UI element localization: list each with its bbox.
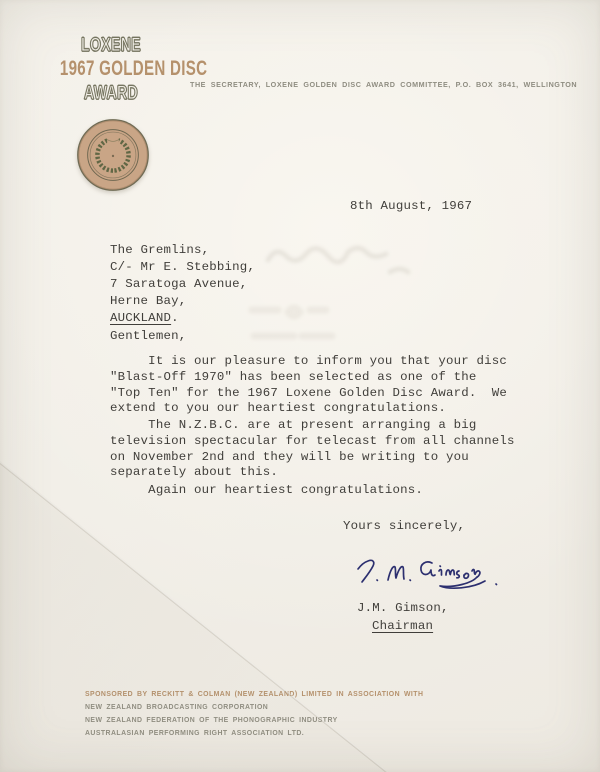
paragraph-line: Again our heartiest congratulations. — [110, 483, 423, 499]
handwritten-signature-icon — [348, 549, 506, 601]
paragraph-line: on November 2nd and they will be writing… — [110, 450, 515, 466]
recipient-address-line: The Gremlins, — [110, 242, 255, 259]
association-line: NEW ZEALAND FEDERATION OF THE PHONOGRAPH… — [85, 715, 423, 728]
paragraph-3: Again our heartiest congratulations. — [110, 483, 423, 499]
loxene-award-logo: LOXENE 1967 GOLDEN DISC AWARD — [40, 33, 182, 105]
recipient-address-line: C/- Mr E. Stebbing, — [110, 259, 255, 276]
recipient-address-block: The Gremlins,C/- Mr E. Stebbing,7 Sarato… — [110, 242, 255, 327]
sponsor-line: SPONSORED BY RECKITT & COLMAN (NEW ZEALA… — [85, 689, 423, 702]
golden-disc-laurel-seal-icon — [74, 116, 152, 194]
association-line: AUSTRALASIAN PERFORMING RIGHT ASSOCIATIO… — [85, 728, 423, 741]
association-line: NEW ZEALAND BROADCASTING CORPORATION — [85, 702, 423, 715]
recipient-address-line: 7 Saratoga Avenue, — [110, 276, 255, 293]
ink-showthrough-artifact — [240, 238, 510, 348]
logo-line-1967-golden-disc: 1967 GOLDEN DISC — [60, 57, 162, 81]
recipient-address-lines: The Gremlins,C/- Mr E. Stebbing,7 Sarato… — [110, 242, 255, 310]
paragraph-line: extend to you our heartiest congratulati… — [110, 401, 507, 417]
closing-phrase: Yours sincerely, — [343, 519, 465, 533]
paragraph-line: television spectacular for telecast from… — [110, 434, 515, 450]
recipient-city: AUCKLAND — [110, 311, 171, 325]
paragraph-2: The N.Z.B.C. are at present arranging a … — [110, 418, 515, 481]
paragraph-line: "Top Ten" for the 1967 Loxene Golden Dis… — [110, 386, 507, 402]
association-lines: NEW ZEALAND BROADCASTING CORPORATIONNEW … — [85, 702, 423, 741]
sponsor-footer: SPONSORED BY RECKITT & COLMAN (NEW ZEALA… — [85, 689, 423, 741]
logo-line-loxene: LOXENE — [60, 33, 162, 57]
typed-signatory-title: Chairman — [372, 619, 433, 633]
secretary-address-line: THE SECRETARY, LOXENE GOLDEN DISC AWARD … — [190, 80, 595, 89]
typed-signatory-name: J.M. Gimson, — [357, 601, 449, 615]
recipient-address-line: Herne Bay, — [110, 293, 255, 310]
salutation: Gentlemen, — [110, 329, 186, 343]
paragraph-line: It is our pleasure to inform you that yo… — [110, 354, 507, 370]
paragraph-line: The N.Z.B.C. are at present arranging a … — [110, 418, 515, 434]
logo-line-award: AWARD — [60, 81, 162, 105]
paragraph-1: It is our pleasure to inform you that yo… — [110, 354, 507, 417]
recipient-city-line: AUCKLAND. — [110, 310, 255, 327]
paragraph-line: separately about this. — [110, 465, 515, 481]
letter-date: 8th August, 1967 — [350, 199, 472, 213]
recipient-city-punctuation: . — [171, 311, 179, 325]
scanned-letter-page: LOXENE 1967 GOLDEN DISC AWARD THE SECRET… — [0, 0, 600, 772]
paragraph-line: "Blast-Off 1970" has been selected as on… — [110, 370, 507, 386]
